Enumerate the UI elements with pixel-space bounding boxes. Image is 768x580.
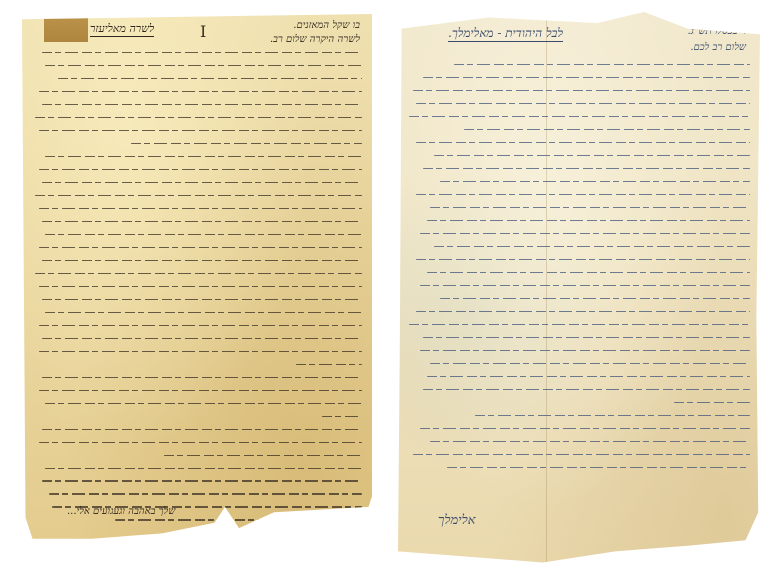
letter-date: ו' בכסלו תש"ג.	[687, 26, 746, 37]
greeting-line: שלום רב לכם.	[690, 42, 746, 53]
page-number-marker: I	[200, 22, 206, 41]
handwritten-body	[406, 64, 750, 480]
tape-patch	[44, 14, 88, 42]
letter-title: לבל היהודית - מאלימלך.	[448, 26, 563, 41]
closing-line: שלך באהבה וגעגועים אלי...	[67, 506, 175, 517]
salutation-line-1: בו שקל המאזנים.	[293, 20, 360, 31]
left-letter-page: I לשרה מאליעזר בו שקל המאזנים. לשרה היקר…	[22, 14, 372, 544]
right-letter-page: ו' בכסלו תש"ג. לבל היהודית - מאלימלך. של…	[398, 12, 760, 568]
salutation-line-2: לשרה היקרה שלום רב.	[270, 34, 360, 45]
letter-title: לשרה מאליעזר	[90, 22, 154, 35]
handwritten-body	[32, 52, 362, 532]
signature: אלימלך	[438, 512, 475, 528]
